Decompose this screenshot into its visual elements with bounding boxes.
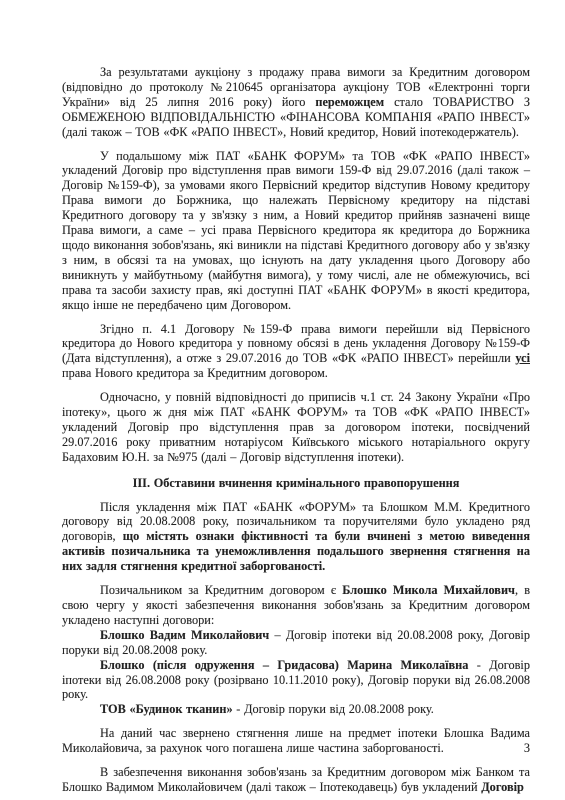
text-run: ТОВ «Будинок тканин» — [100, 702, 233, 716]
paragraph: Згідно п. 4.1 Договору №159-Ф права вимо… — [62, 322, 530, 382]
section-heading: ІІІ. Обставини вчинення кримінального пр… — [62, 476, 530, 491]
paragraph: В забезпечення виконання зобов'язань за … — [62, 765, 530, 795]
paragraph: ТОВ «Будинок тканин» - Договір поруки ві… — [62, 702, 530, 717]
text-run: права Нового кредитора за Кредитним дого… — [62, 366, 328, 380]
text-run: Одночасно, у повній відповідності до при… — [62, 390, 530, 464]
text-run: Договір — [481, 780, 524, 794]
text-run: Позичальником за Кредитним договором є — [100, 583, 342, 597]
paragraph: Блошко (після одруження – Гридасова) Мар… — [62, 658, 530, 703]
text-run: що містять ознаки фіктивності та були вч… — [62, 529, 530, 573]
text-run: ІІІ. Обставини вчинення кримінального пр… — [133, 476, 460, 490]
text-run: усі — [515, 351, 530, 365]
text-run: Блошко (після одруження – Гридасова) Мар… — [100, 658, 468, 672]
paragraph: У подальшому між ПАТ «БАНК ФОРУМ» та ТОВ… — [62, 149, 530, 313]
paragraph: Після укладення між ПАТ «БАНК «ФОРУМ» та… — [62, 500, 530, 575]
document-body: За результатами аукціону з продажу права… — [62, 56, 530, 795]
text-run: - Договір поруки від 20.08.2008 року. — [233, 702, 434, 716]
paragraph: Позичальником за Кредитним договором є Б… — [62, 583, 530, 628]
text-run: У подальшому між ПАТ «БАНК ФОРУМ» та ТОВ… — [62, 149, 530, 312]
document-page: За результатами аукціону з продажу права… — [0, 0, 565, 800]
text-run: Блошко Вадим Миколайович — [100, 628, 269, 642]
paragraph: Блошко Вадим Миколайович – Договір іпоте… — [62, 628, 530, 658]
text-run: переможцем — [315, 95, 384, 109]
text-run: Згідно п. 4.1 Договору №159-Ф права вимо… — [62, 322, 530, 366]
text-run: В забезпечення виконання зобов'язань за … — [62, 765, 530, 794]
text-run: На даний час звернено стягнення лише на … — [62, 726, 530, 755]
text-run: Блошко Микола Михайлович — [342, 583, 515, 597]
paragraph: За результатами аукціону з продажу права… — [62, 65, 530, 140]
paragraph: На даний час звернено стягнення лише на … — [62, 726, 530, 756]
paragraph: Одночасно, у повній відповідності до при… — [62, 390, 530, 465]
page-number: 3 — [524, 741, 530, 756]
